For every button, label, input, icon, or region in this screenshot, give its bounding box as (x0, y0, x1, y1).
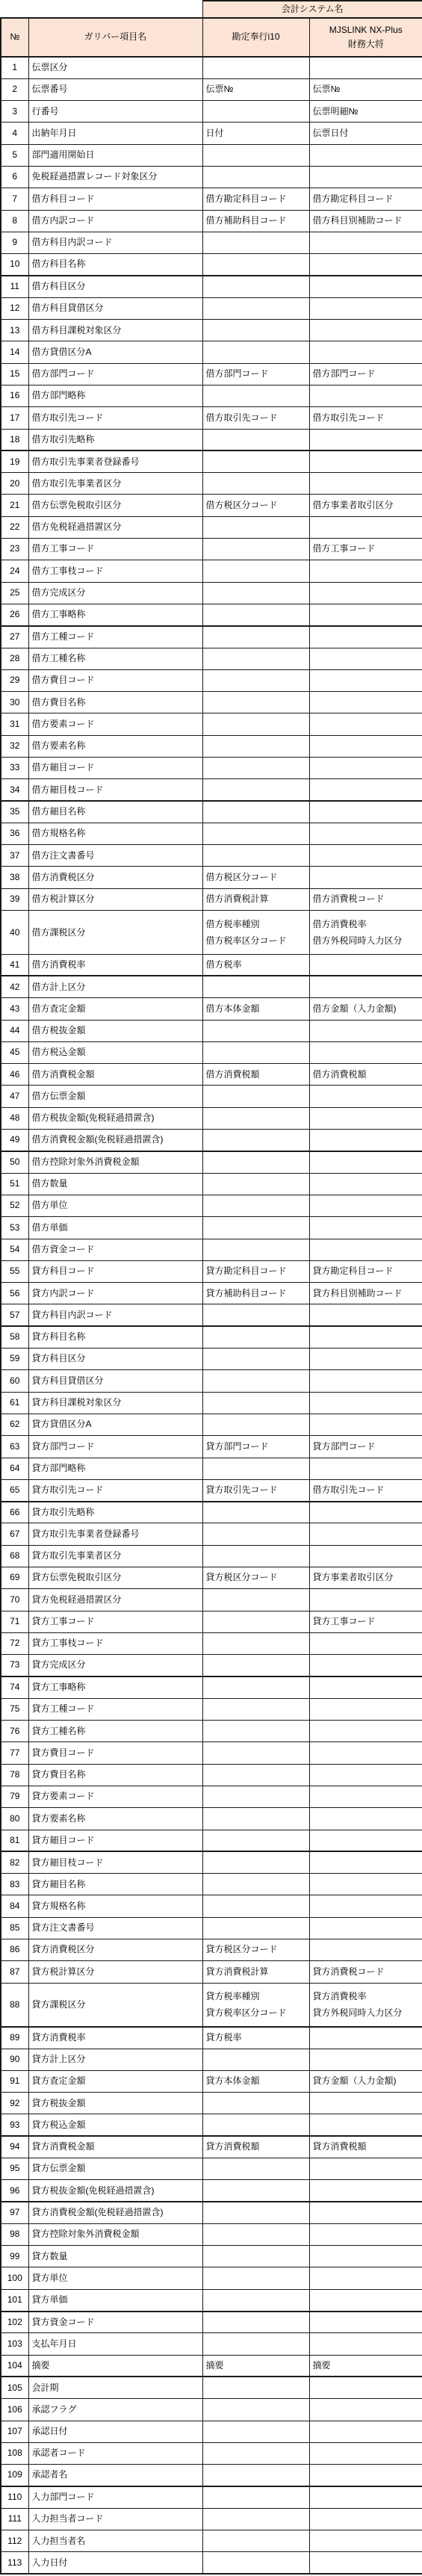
mjslink-value-cell (309, 1676, 422, 1698)
mjslink-value-cell (309, 1764, 422, 1786)
row-number-cell: 93 (1, 2114, 28, 2136)
row-number-cell: 10 (1, 254, 28, 276)
mjslink-value-cell (309, 516, 422, 538)
gulliver-item-cell: 貸方要素名称 (28, 1808, 202, 1830)
mjslink-value-cell (309, 2399, 422, 2421)
mjslink-value-cell (309, 2093, 422, 2114)
table-row: 33借方細目コード (1, 758, 422, 779)
row-number-cell: 101 (1, 2289, 28, 2311)
row-number-cell: 62 (1, 1414, 28, 1435)
gulliver-item-cell: 貸方工事枝コード (28, 1632, 202, 1654)
mjslink-value-cell: 貸方消費税コード (309, 1961, 422, 1983)
row-number-cell: 2 (1, 78, 28, 100)
row-number-cell: 79 (1, 1786, 28, 1807)
kanjo-bugyo-value-cell (202, 2158, 309, 2180)
mjslink-value-cell (309, 1326, 422, 1348)
table-row: 109承認者名 (1, 2465, 422, 2486)
kanjo-bugyo-value-cell: 貸方部門コード (202, 1436, 309, 1458)
table-row: 30借方費目名称 (1, 692, 422, 713)
row-number-cell: 59 (1, 1349, 28, 1370)
gulliver-item-cell: 入力部門コード (28, 2486, 202, 2508)
mjslink-value-cell (309, 1392, 422, 1414)
kanjo-bugyo-value-cell: 借方消費税計算 (202, 888, 309, 910)
gulliver-item-cell: 貸方消費税金額(免税経過措置含) (28, 2202, 202, 2223)
kanjo-bugyo-value-cell: 借方税率種別 借方税率区分コード (202, 911, 309, 955)
kanjo-bugyo-value-cell (202, 2049, 309, 2070)
mjslink-value-cell (309, 976, 422, 997)
row-number-cell: 50 (1, 1151, 28, 1173)
table-row: 85貸方注文書番号 (1, 1917, 422, 1939)
row-number-cell: 27 (1, 626, 28, 648)
kanjo-bugyo-value-cell (202, 1392, 309, 1414)
kanjo-bugyo-value-cell (202, 582, 309, 604)
mjslink-value-cell (309, 1217, 422, 1239)
mjslink-value-cell (309, 1917, 422, 1939)
mjslink-value-cell (309, 1304, 422, 1326)
kanjo-bugyo-value-cell (202, 320, 309, 341)
kanjo-bugyo-value-cell: 貸方消費税額 (202, 2136, 309, 2158)
mjslink-value-cell (309, 1020, 422, 1041)
table-row: 18借方取引先略称 (1, 429, 422, 451)
row-number-cell: 4 (1, 123, 28, 144)
table-row: 40借方課税区分借方税率種別 借方税率区分コード借方消費税率 借方外税同時入力区… (1, 911, 422, 955)
table-row: 64貸方部門略称 (1, 1458, 422, 1479)
gulliver-item-cell: 借方税込金額 (28, 1041, 202, 1063)
gulliver-item-cell: 借方伝票金額 (28, 1086, 202, 1107)
gulliver-item-cell: 借方工事枝コード (28, 560, 202, 582)
kanjo-bugyo-value-cell (202, 1655, 309, 1676)
mjslink-value-cell (309, 626, 422, 648)
kanjo-bugyo-value-cell: 貸方補助科目コード (202, 1283, 309, 1304)
kanjo-bugyo-value-cell (202, 1676, 309, 1698)
gulliver-item-cell: 会計期 (28, 2377, 202, 2398)
gulliver-item-cell: 借方課税区分 (28, 911, 202, 955)
gulliver-item-cell: 貸方内訳コード (28, 1283, 202, 1304)
kanjo-bugyo-value-cell: 借方税率 (202, 954, 309, 976)
gulliver-item-cell: 借方科目課税対象区分 (28, 320, 202, 341)
mjslink-value-cell (309, 2158, 422, 2180)
kanjo-bugyo-value-cell (202, 1917, 309, 1939)
row-number-cell: 112 (1, 2530, 28, 2552)
table-row: 9借方科目内訳コード (1, 232, 422, 253)
gulliver-item-cell: 貸方取引先事業者登録番号 (28, 1523, 202, 1545)
kanjo-bugyo-value-cell (202, 801, 309, 823)
mjslink-value-cell: 貸方事業者取引区分 (309, 1567, 422, 1588)
row-number-cell: 60 (1, 1370, 28, 1392)
gulliver-item-cell: 借方工事コード (28, 539, 202, 560)
mjslink-value-cell (309, 2289, 422, 2311)
table-row: 35借方細目名称 (1, 801, 422, 823)
row-number-cell: 64 (1, 1458, 28, 1479)
mjslink-value-cell (309, 2530, 422, 2552)
table-row: 107承認日付 (1, 2421, 422, 2442)
gulliver-item-cell: 貸方科目内訳コード (28, 1304, 202, 1326)
row-number-cell: 56 (1, 1283, 28, 1304)
no-column-header: № (1, 18, 28, 57)
kanjo-bugyo-value-cell (202, 2202, 309, 2223)
mjslink-value-cell: 借方科目別補助コード (309, 210, 422, 232)
gulliver-item-cell: 借方細目枝コード (28, 779, 202, 801)
table-row: 56貸方内訳コード貸方補助科目コード貸方科目別補助コード (1, 1283, 422, 1304)
gulliver-item-cell: 借方数量 (28, 1173, 202, 1195)
table-row: 104摘要摘要摘要 (1, 2355, 422, 2377)
row-number-cell: 28 (1, 648, 28, 669)
kanjo-bugyo-value-cell (202, 2465, 309, 2486)
mjslink-value-cell (309, 2442, 422, 2464)
gulliver-item-cell: 借方消費税率 (28, 954, 202, 976)
row-number-cell: 109 (1, 2465, 28, 2486)
kanjo-bugyo-value-cell (202, 1764, 309, 1786)
kanjo-bugyo-value-cell: 伝票№ (202, 78, 309, 100)
kanjo-bugyo-value-cell (202, 2508, 309, 2530)
row-number-cell: 53 (1, 1217, 28, 1239)
table-row: 41借方消費税率借方税率 (1, 954, 422, 976)
table-row: 113入力日付 (1, 2552, 422, 2574)
table-row: 44借方税抜金額 (1, 1020, 422, 1041)
gulliver-item-cell: 貸方部門略称 (28, 1458, 202, 1479)
table-row: 3行番号伝票明細№ (1, 101, 422, 123)
kanjo-bugyo-value-cell (202, 1458, 309, 1479)
mjslink-value-cell: 借方消費税率 借方外税同時入力区分 (309, 911, 422, 955)
gulliver-item-cell: 入力担当者名 (28, 2530, 202, 2552)
gulliver-item-cell: 貸方単価 (28, 2289, 202, 2311)
kanjo-bugyo-value-cell (202, 2333, 309, 2355)
gulliver-item-cell: 伝票番号 (28, 78, 202, 100)
gulliver-item-cell: 借方税計算区分 (28, 888, 202, 910)
kanjo-bugyo-value-cell: 借方取引先コード (202, 407, 309, 429)
gulliver-item-cell: 承認フラグ (28, 2399, 202, 2421)
kanjo-bugyo-value-cell: 貸方勘定科目コード (202, 1260, 309, 1282)
mjslink-value-cell (309, 2202, 422, 2223)
table-row: 21借方伝票免税取引区分借方税区分コード借方事業者取引区分 (1, 495, 422, 516)
kanjo-bugyo-value-cell: 借方補助科目コード (202, 210, 309, 232)
gulliver-item-cell: 貸方注文書番号 (28, 1917, 202, 1939)
mjslink-value-cell: 貸方消費税率 貸方外税同時入力区分 (309, 1983, 422, 2027)
table-row: 112入力担当者名 (1, 2530, 422, 2552)
row-number-cell: 8 (1, 210, 28, 232)
row-number-cell: 55 (1, 1260, 28, 1282)
gulliver-item-cell: 免税経過措置レコード対象区分 (28, 166, 202, 188)
table-row: 94貸方消費税金額貸方消費税額貸方消費税額 (1, 2136, 422, 2158)
mjslink-value-cell (309, 1086, 422, 1107)
gulliver-item-cell: 貸方伝票金額 (28, 2158, 202, 2180)
row-number-cell: 87 (1, 1961, 28, 1983)
table-row: 97貸方消費税金額(免税経過措置含) (1, 2202, 422, 2223)
gulliver-item-cell: 貸方科目課税対象区分 (28, 1392, 202, 1414)
mjslink-value-cell (309, 692, 422, 713)
gulliver-item-cell: 借方部門略称 (28, 385, 202, 406)
kanjo-bugyo-value-cell (202, 2223, 309, 2245)
kanjo-bugyo-value-cell (202, 2399, 309, 2421)
kanjo-bugyo-value-cell (202, 1107, 309, 1129)
mjslink-value-cell: 伝票№ (309, 78, 422, 100)
table-row: 106承認フラグ (1, 2399, 422, 2421)
table-row: 50借方控除対象外消費税金額 (1, 1151, 422, 1173)
kanjo-bugyo-value-cell: 借方勘定科目コード (202, 188, 309, 210)
mjslink-value-cell (309, 1414, 422, 1435)
gulliver-item-cell: 貸方取引先コード (28, 1479, 202, 1501)
table-row: 87貸方税計算区分貸方消費税計算貸方消費税コード (1, 1961, 422, 1983)
kanjo-bugyo-value-cell (202, 1632, 309, 1654)
mjslink-value-cell (309, 341, 422, 363)
gulliver-item-cell: 借方内訳コード (28, 210, 202, 232)
table-row: 57貸方科目内訳コード (1, 1304, 422, 1326)
gulliver-item-cell: 貸方科目名称 (28, 1326, 202, 1348)
row-number-cell: 3 (1, 101, 28, 123)
mjslink-value-cell (309, 2267, 422, 2289)
kanjo-bugyo-value-cell (202, 1020, 309, 1041)
mjslink-value-cell (309, 1502, 422, 1523)
gulliver-item-cell: 借方取引先略称 (28, 429, 202, 451)
gulliver-item-cell: 借方部門コード (28, 363, 202, 385)
gulliver-item-cell: 貸方工種コード (28, 1698, 202, 1720)
gulliver-item-cell: 部門適用開始日 (28, 144, 202, 166)
table-row: 20借方取引先事業者区分 (1, 473, 422, 495)
kanjo-bugyo-value-cell: 借方本体金額 (202, 998, 309, 1020)
table-row: 103支払年月日 (1, 2333, 422, 2355)
mjslink-value-cell (309, 320, 422, 341)
table-row: 80貸方要素名称 (1, 1808, 422, 1830)
kanjo-bugyo-value-cell: 借方部門コード (202, 363, 309, 385)
kanjo-bugyo-value-cell: 貸方税区分コード (202, 1567, 309, 1588)
table-row: 46借方消費税金額借方消費税額借方消費税額 (1, 1064, 422, 1086)
mjslink-value-cell: 借方部門コード (309, 363, 422, 385)
kanjo-bugyo-value-cell (202, 1502, 309, 1523)
table-row: 111入力担当者コード (1, 2508, 422, 2530)
table-row: 96貸方税抜金額(免税経過措置含) (1, 2180, 422, 2202)
kanjo-bugyo-value-cell (202, 232, 309, 253)
table-row: 19借方取引先事業者登録番号 (1, 451, 422, 472)
mjslink-value-cell (309, 669, 422, 691)
gulliver-item-cell: 入力担当者コード (28, 2508, 202, 2530)
gulliver-item-cell: 借方計上区分 (28, 976, 202, 997)
gulliver-item-cell: 借方単価 (28, 1217, 202, 1239)
gulliver-item-cell: 貸方消費税区分 (28, 1939, 202, 1961)
row-number-cell: 20 (1, 473, 28, 495)
mjslink-value-cell (309, 1851, 422, 1873)
table-row: 72貸方工事枝コード (1, 1632, 422, 1654)
table-row: 62貸方貸借区分A (1, 1414, 422, 1435)
table-row: 16借方部門略称 (1, 385, 422, 406)
row-number-cell: 5 (1, 144, 28, 166)
column-header-row: № ガリバー項目名 勘定奉行i10 MJSLINK NX-Plus 財務大将 (1, 18, 422, 57)
row-number-cell: 57 (1, 1304, 28, 1326)
table-row: 34借方細目枝コード (1, 779, 422, 801)
table-row: 5部門適用開始日 (1, 144, 422, 166)
row-number-cell: 65 (1, 1479, 28, 1501)
table-row: 59貸方科目区分 (1, 1349, 422, 1370)
mjslink-value-cell (309, 1874, 422, 1895)
gulliver-item-cell: 貸方計上区分 (28, 2049, 202, 2070)
table-row: 53借方単価 (1, 1217, 422, 1239)
mjslink-value-cell (309, 232, 422, 253)
mjslink-value-cell (309, 2421, 422, 2442)
kanjo-bugyo-value-cell (202, 779, 309, 801)
gulliver-item-cell: 貸方資金コード (28, 2312, 202, 2333)
kanjo-bugyo-value-cell (202, 1851, 309, 1873)
mjslink-value-cell (309, 954, 422, 976)
table-row: 76貸方工種名称 (1, 1721, 422, 1742)
mjslink-value-cell (309, 144, 422, 166)
kanjo-bugyo-value-cell (202, 1349, 309, 1370)
kanjo-bugyo-value-cell: 貸方税率 (202, 2027, 309, 2049)
mjslink-value-cell: 借方取引先コード (309, 1479, 422, 1501)
mjslink-value-cell (309, 867, 422, 888)
kanjo-bugyo-value-cell (202, 473, 309, 495)
table-row: 10借方科目名称 (1, 254, 422, 276)
table-row: 86貸方消費税区分貸方税区分コード (1, 1939, 422, 1961)
row-number-cell: 83 (1, 1874, 28, 1895)
row-number-cell: 6 (1, 166, 28, 188)
row-number-cell: 16 (1, 385, 28, 406)
table-row: 42借方計上区分 (1, 976, 422, 997)
kanjo-bugyo-value-cell (202, 1721, 309, 1742)
table-row: 32借方要素名称 (1, 735, 422, 757)
gulliver-item-cell: 貸方税抜金額 (28, 2093, 202, 2114)
row-number-cell: 37 (1, 845, 28, 867)
mjslink-value-cell (309, 2377, 422, 2398)
gulliver-item-cell: 貸方取引先事業者区分 (28, 1545, 202, 1567)
table-row: 92貸方税抜金額 (1, 2093, 422, 2114)
mjslink-value-cell (309, 1523, 422, 1545)
gulliver-item-cell: 借方伝票免税取引区分 (28, 495, 202, 516)
kanjo-bugyo-value-cell (202, 451, 309, 472)
kanjo-bugyo-value-cell (202, 1895, 309, 1917)
row-number-cell: 35 (1, 801, 28, 823)
gulliver-item-cell: 支払年月日 (28, 2333, 202, 2355)
kanjo-bugyo-value-cell (202, 648, 309, 669)
row-number-cell: 23 (1, 539, 28, 560)
table-row: 37借方注文書番号 (1, 845, 422, 867)
row-number-cell: 39 (1, 888, 28, 910)
kanjo-bugyo-value-cell (202, 669, 309, 691)
gulliver-item-cell: 借方科目内訳コード (28, 232, 202, 253)
table-row: 95貸方伝票金額 (1, 2158, 422, 2180)
mjslink-value-cell (309, 2246, 422, 2267)
gulliver-item-cell: 貸方要素コード (28, 1786, 202, 1807)
mjslink-value-cell: 貸方工事コード (309, 1611, 422, 1632)
gulliver-item-cell: 貸方取引先略称 (28, 1502, 202, 1523)
mjslink-value-cell: 貸方部門コード (309, 1436, 422, 1458)
row-number-cell: 75 (1, 1698, 28, 1720)
kanjo-bugyo-value-cell (202, 1698, 309, 1720)
table-row: 93貸方税込金額 (1, 2114, 422, 2136)
gulliver-item-cell: 借方控除対象外消費税金額 (28, 1151, 202, 1173)
mjslink-value-cell (309, 1151, 422, 1173)
kanjo-bugyo-value-cell (202, 1239, 309, 1260)
row-number-cell: 66 (1, 1502, 28, 1523)
table-row: 39借方税計算区分借方消費税計算借方消費税コード (1, 888, 422, 910)
table-row: 105会計期 (1, 2377, 422, 2398)
row-number-cell: 84 (1, 1895, 28, 1917)
row-number-cell: 86 (1, 1939, 28, 1961)
mjslink-value-cell (309, 1107, 422, 1129)
row-number-cell: 95 (1, 2158, 28, 2180)
kanjo-bugyo-value-cell (202, 1742, 309, 1764)
kanjo-bugyo-value-cell (202, 2530, 309, 2552)
table-row: 36借方規格名称 (1, 823, 422, 844)
row-number-cell: 94 (1, 2136, 28, 2158)
gulliver-item-cell: 貸方部門コード (28, 1436, 202, 1458)
mjslink-value-cell: 借方消費税コード (309, 888, 422, 910)
kanjo-bugyo-value-cell (202, 604, 309, 625)
mjslink-value-cell (309, 2027, 422, 2049)
gulliver-item-cell: 貸方課税区分 (28, 1983, 202, 2027)
row-number-cell: 48 (1, 1107, 28, 1129)
row-number-cell: 108 (1, 2442, 28, 2464)
kanjo-bugyo-value-cell (202, 1523, 309, 1545)
mjslink-value-cell (309, 2465, 422, 2486)
kanjo-bugyo-value-cell (202, 2312, 309, 2333)
mjslink-value-cell (309, 604, 422, 625)
gulliver-item-cell: 借方貸借区分A (28, 341, 202, 363)
table-row: 73貸方完成区分 (1, 1655, 422, 1676)
row-number-cell: 42 (1, 976, 28, 997)
row-number-cell: 43 (1, 998, 28, 1020)
gulliver-item-cell: 借方工事略称 (28, 604, 202, 625)
gulliver-item-cell: 借方工種名称 (28, 648, 202, 669)
row-number-cell: 73 (1, 1655, 28, 1676)
kanjo-bugyo-value-cell (202, 2552, 309, 2574)
gulliver-item-cell: 借方細目コード (28, 758, 202, 779)
kanjo-bugyo-value-cell (202, 845, 309, 867)
mjslink-value-cell (309, 1370, 422, 1392)
mjslink-value-cell: 借方取引先コード (309, 407, 422, 429)
kanjo-bugyo-value-cell (202, 1611, 309, 1632)
row-number-cell: 19 (1, 451, 28, 472)
row-number-cell: 76 (1, 1721, 28, 1742)
kanjo-bugyo-value-cell (202, 1304, 309, 1326)
row-number-cell: 18 (1, 429, 28, 451)
gulliver-item-cell: 借方科目区分 (28, 276, 202, 297)
table-row: 83貸方細目名称 (1, 1874, 422, 1895)
table-row: 48借方税抜金額(免税経過措置含) (1, 1107, 422, 1129)
kanjo-bugyo-value-cell (202, 735, 309, 757)
gulliver-item-cell: 借方取引先コード (28, 407, 202, 429)
mjslink-value-cell (309, 57, 422, 78)
gulliver-item-cell: 貸方税抜金額(免税経過措置含) (28, 2180, 202, 2202)
mjslink-value-cell (309, 1589, 422, 1611)
row-number-cell: 99 (1, 2246, 28, 2267)
mjslink-value-cell (309, 1195, 422, 1216)
table-row: 15借方部門コード借方部門コード借方部門コード (1, 363, 422, 385)
kanjo-bugyo-value-cell: 借方消費税額 (202, 1064, 309, 1086)
gulliver-item-cell: 行番号 (28, 101, 202, 123)
kanjo-bugyo-value-cell (202, 2180, 309, 2202)
gulliver-item-cell: 入力日付 (28, 2552, 202, 2574)
kanjo-bugyo-value-cell (202, 1217, 309, 1239)
mjslink-value-cell (309, 2333, 422, 2355)
table-row: 91貸方査定金額貸方本体金額貸方金額（入力金額) (1, 2070, 422, 2092)
kanjo-bugyo-value-cell (202, 2421, 309, 2442)
field-mapping-table: 会計システム名 № ガリバー項目名 勘定奉行i10 MJSLINK NX-Plu… (0, 0, 422, 2575)
row-number-cell: 71 (1, 1611, 28, 1632)
table-row: 4出納年月日日付伝票日付 (1, 123, 422, 144)
table-row: 60貸方科目貸借区分 (1, 1370, 422, 1392)
gulliver-item-cell: 借方科目貸借区分 (28, 297, 202, 319)
row-number-cell: 24 (1, 560, 28, 582)
row-number-cell: 31 (1, 713, 28, 735)
mjslink-value-cell (309, 713, 422, 735)
gulliver-item-cell: 貸方細目コード (28, 1830, 202, 1851)
table-row: 47借方伝票金額 (1, 1086, 422, 1107)
mjslink-value-cell (309, 1742, 422, 1764)
mjslink-value-cell (309, 1458, 422, 1479)
row-number-cell: 7 (1, 188, 28, 210)
kanjo-bugyo-value-cell (202, 1786, 309, 1807)
table-row: 14借方貸借区分A (1, 341, 422, 363)
mjslink-value-cell (309, 2508, 422, 2530)
